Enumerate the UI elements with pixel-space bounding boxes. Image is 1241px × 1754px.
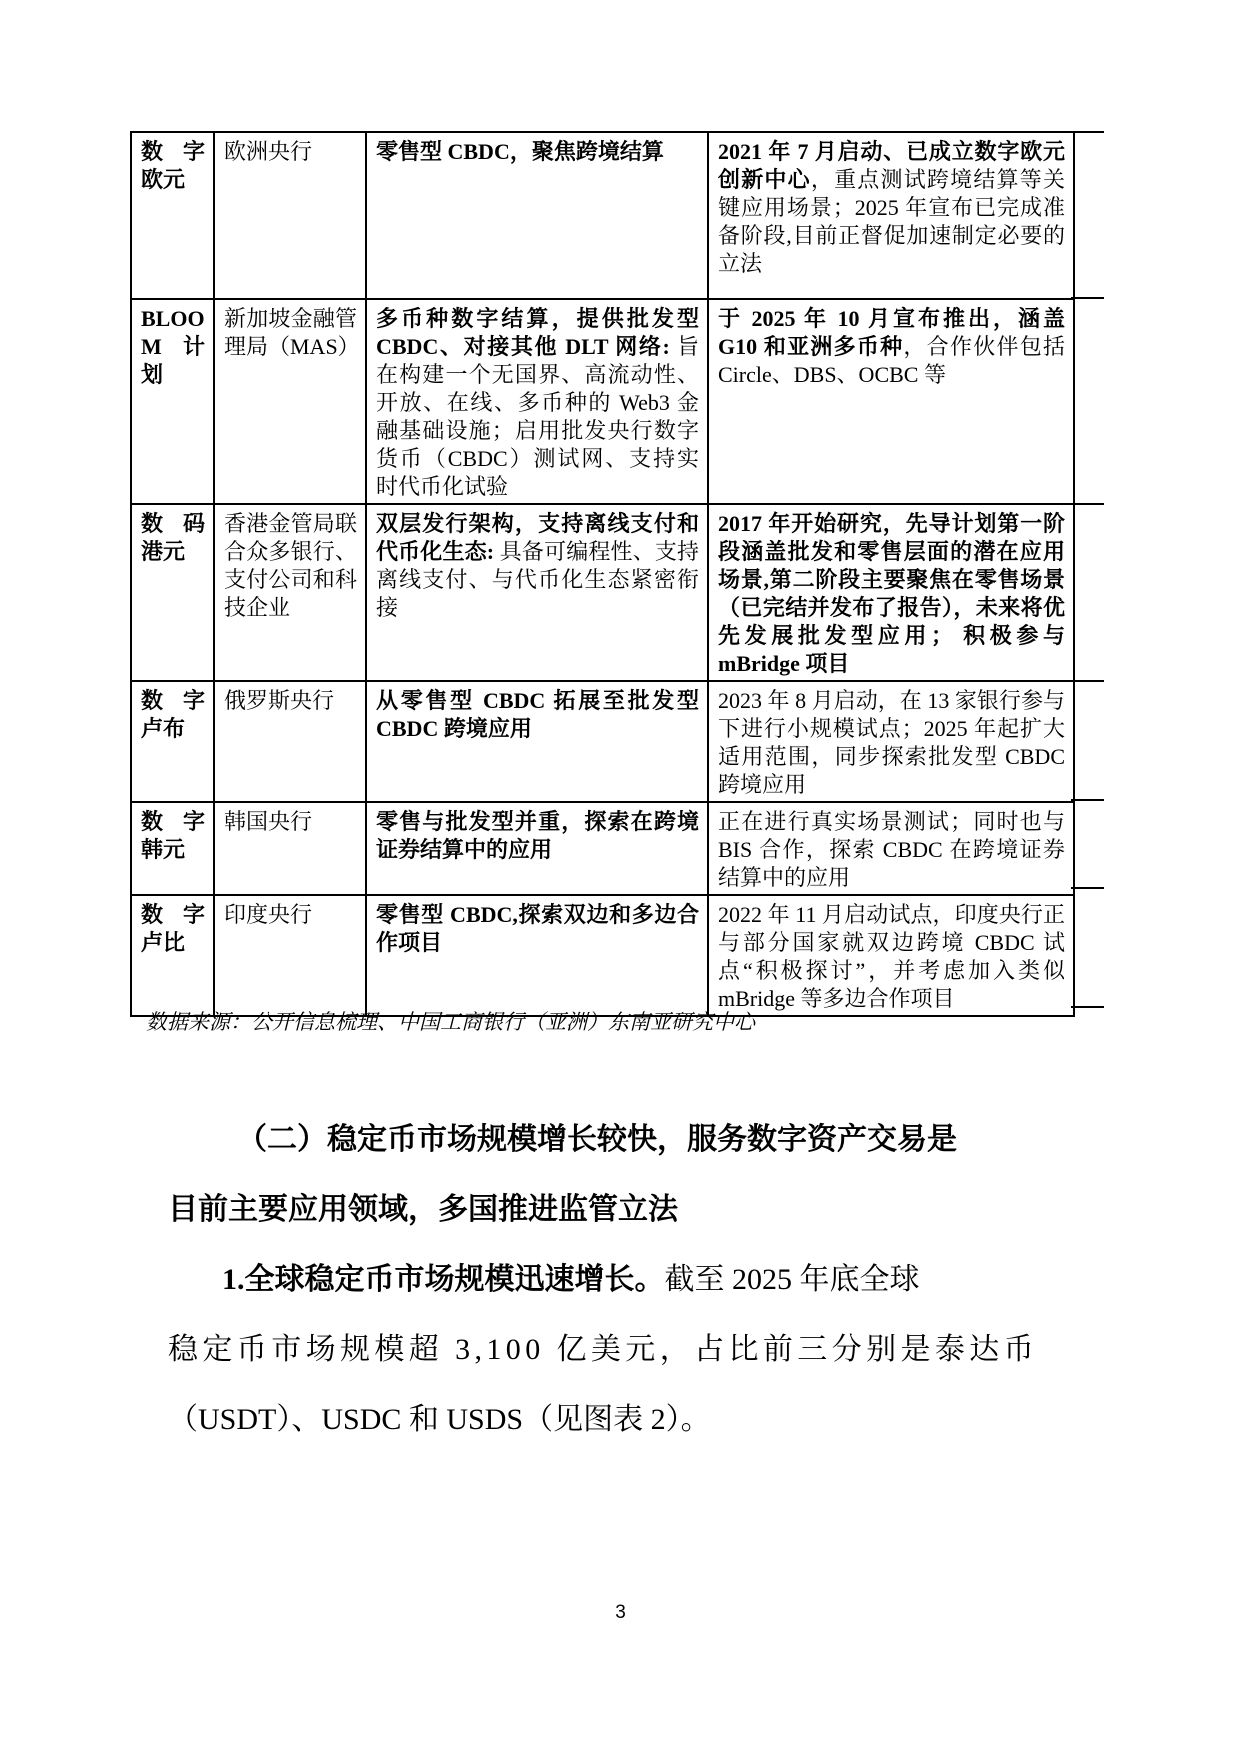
table-row: 数码港元 香港金管局联合众多银行、支付公司和科技企业 双层发行架构，支持离线支付… — [131, 504, 1074, 681]
bank-cell: 香港金管局联合众多银行、支付公司和科技企业 — [214, 504, 366, 681]
status-lead: 2017 年开始研究，先导计划第一阶段涵盖批发和零售层面的潜在应用场景,第二阶段… — [718, 511, 1065, 676]
bank-name: 俄罗斯央行 — [224, 688, 334, 713]
project-name-cell: 数字卢比 — [131, 895, 214, 1016]
feature-cell: 从零售型 CBDC 拓展至批发型 CBDC 跨境应用 — [366, 681, 708, 802]
paragraph-lead: 1.全球稳定币市场规模迅速增长。 — [222, 1263, 665, 1296]
project-name-cell: 数字欧元 — [131, 132, 214, 299]
table-row: 数字欧元 欧洲央行 零售型 CBDC，聚焦跨境结算 2021 年 7 月启动、已… — [131, 132, 1074, 299]
bank-name: 印度央行 — [224, 902, 312, 927]
status-rest: 2023 年 8 月启动，在 13 家银行参与下进行小规模试点；2025 年起扩… — [718, 688, 1065, 797]
table-rule-tick — [1071, 799, 1104, 801]
feature-lead: 零售型 CBDC,探索双边和多边合作项目 — [376, 902, 699, 955]
paragraph-line1: 1.全球稳定币市场规模迅速增长。截至 2025 年底全球 — [168, 1245, 1074, 1315]
project-name-cell: BLOOM 计划 — [131, 299, 214, 504]
table-rule-tick — [1071, 297, 1104, 299]
bank-cell: 欧洲央行 — [214, 132, 366, 299]
section-heading-line2: 目前主要应用领域，多国推进监管立法 — [168, 1175, 1074, 1245]
bank-cell: 新加坡金融管理局（MAS） — [214, 299, 366, 504]
page-number: 3 — [0, 1602, 1241, 1624]
bank-name: 新加坡金融管理局（MAS） — [224, 306, 360, 359]
section-heading-line1: （二）稳定币市场规模增长较快，服务数字资产交易是 — [168, 1105, 1074, 1175]
body-text: （二）稳定币市场规模增长较快，服务数字资产交易是 目前主要应用领域，多国推进监管… — [168, 1105, 1074, 1455]
feature-cell: 零售与批发型并重，探索在跨境证券结算中的应用 — [366, 802, 708, 895]
project-name: 数字卢布 — [141, 688, 205, 741]
project-name: 数码港元 — [141, 511, 205, 564]
table-rule-tick — [1071, 680, 1104, 682]
table-rule-tick — [1071, 887, 1104, 889]
bank-cell: 俄罗斯央行 — [214, 681, 366, 802]
project-name: 数字韩元 — [141, 809, 205, 862]
document-page: 数字欧元 欧洲央行 零售型 CBDC，聚焦跨境结算 2021 年 7 月启动、已… — [0, 0, 1241, 1754]
project-name: 数字卢比 — [141, 902, 205, 955]
paragraph-line2: 稳定币市场规模超 3,100 亿美元，占比前三分别是泰达币 — [168, 1315, 1074, 1385]
status-rest: 2022 年 11 月启动试点，印度央行正与部分国家就双边跨境 CBDC 试点“… — [718, 902, 1065, 1011]
feature-cell: 零售型 CBDC，聚焦跨境结算 — [366, 132, 708, 299]
project-name-cell: 数字卢布 — [131, 681, 214, 802]
table-rule-tick — [1071, 131, 1104, 133]
project-name: 数字欧元 — [141, 139, 205, 192]
data-source-note: 数据来源：公开信息梳理、中国工商银行（亚洲）东南亚研究中心 — [146, 1008, 1046, 1036]
paragraph-line3: （USDT）、USDC 和 USDS（见图表 2）。 — [168, 1385, 1074, 1455]
cbdc-projects-table: 数字欧元 欧洲央行 零售型 CBDC，聚焦跨境结算 2021 年 7 月启动、已… — [130, 131, 1075, 1017]
table-rule-tick — [1071, 1006, 1104, 1008]
feature-lead: 零售与批发型并重，探索在跨境证券结算中的应用 — [376, 809, 699, 862]
status-cell: 2023 年 8 月启动，在 13 家银行参与下进行小规模试点；2025 年起扩… — [708, 681, 1074, 802]
status-rest: 正在进行真实场景测试；同时也与 BIS 合作，探索 CBDC 在跨境证券结算中的… — [718, 809, 1065, 890]
project-name-cell: 数码港元 — [131, 504, 214, 681]
feature-lead: 多币种数字结算，提供批发型 CBDC、对接其他 DLT 网络: — [376, 306, 699, 359]
table-row: 数字卢布 俄罗斯央行 从零售型 CBDC 拓展至批发型 CBDC 跨境应用 20… — [131, 681, 1074, 802]
status-cell: 正在进行真实场景测试；同时也与 BIS 合作，探索 CBDC 在跨境证券结算中的… — [708, 802, 1074, 895]
table-row: BLOOM 计划 新加坡金融管理局（MAS） 多币种数字结算，提供批发型 CBD… — [131, 299, 1074, 504]
bank-name: 香港金管局联合众多银行、支付公司和科技企业 — [224, 511, 357, 620]
status-cell: 2017 年开始研究，先导计划第一阶段涵盖批发和零售层面的潜在应用场景,第二阶段… — [708, 504, 1074, 681]
project-name-cell: 数字韩元 — [131, 802, 214, 895]
table-row: 数字韩元 韩国央行 零售与批发型并重，探索在跨境证券结算中的应用 正在进行真实场… — [131, 802, 1074, 895]
status-cell: 2021 年 7 月启动、已成立数字欧元创新中心，重点测试跨境结算等关键应用场景… — [708, 132, 1074, 299]
feature-cell: 双层发行架构，支持离线支付和代币化生态: 具备可编程性、支持离线支付、与代币化生… — [366, 504, 708, 681]
feature-lead: 零售型 CBDC，聚焦跨境结算 — [376, 139, 664, 164]
paragraph-line1-rest: 截至 2025 年底全球 — [665, 1263, 920, 1296]
status-cell: 2022 年 11 月启动试点，印度央行正与部分国家就双边跨境 CBDC 试点“… — [708, 895, 1074, 1016]
project-name: BLOOM 计划 — [141, 306, 205, 387]
feature-lead: 从零售型 CBDC 拓展至批发型 CBDC 跨境应用 — [376, 688, 699, 741]
feature-cell: 多币种数字结算，提供批发型 CBDC、对接其他 DLT 网络: 旨在构建一个无国… — [366, 299, 708, 504]
feature-cell: 零售型 CBDC,探索双边和多边合作项目 — [366, 895, 708, 1016]
table-rule-tick — [1071, 503, 1104, 505]
bank-cell: 印度央行 — [214, 895, 366, 1016]
bank-cell: 韩国央行 — [214, 802, 366, 895]
bank-name: 韩国央行 — [224, 809, 312, 834]
table-row: 数字卢比 印度央行 零售型 CBDC,探索双边和多边合作项目 2022 年 11… — [131, 895, 1074, 1016]
status-cell: 于 2025 年 10 月宣布推出，涵盖 G10 和亚洲多币种，合作伙伴包括 C… — [708, 299, 1074, 504]
bank-name: 欧洲央行 — [224, 139, 312, 164]
